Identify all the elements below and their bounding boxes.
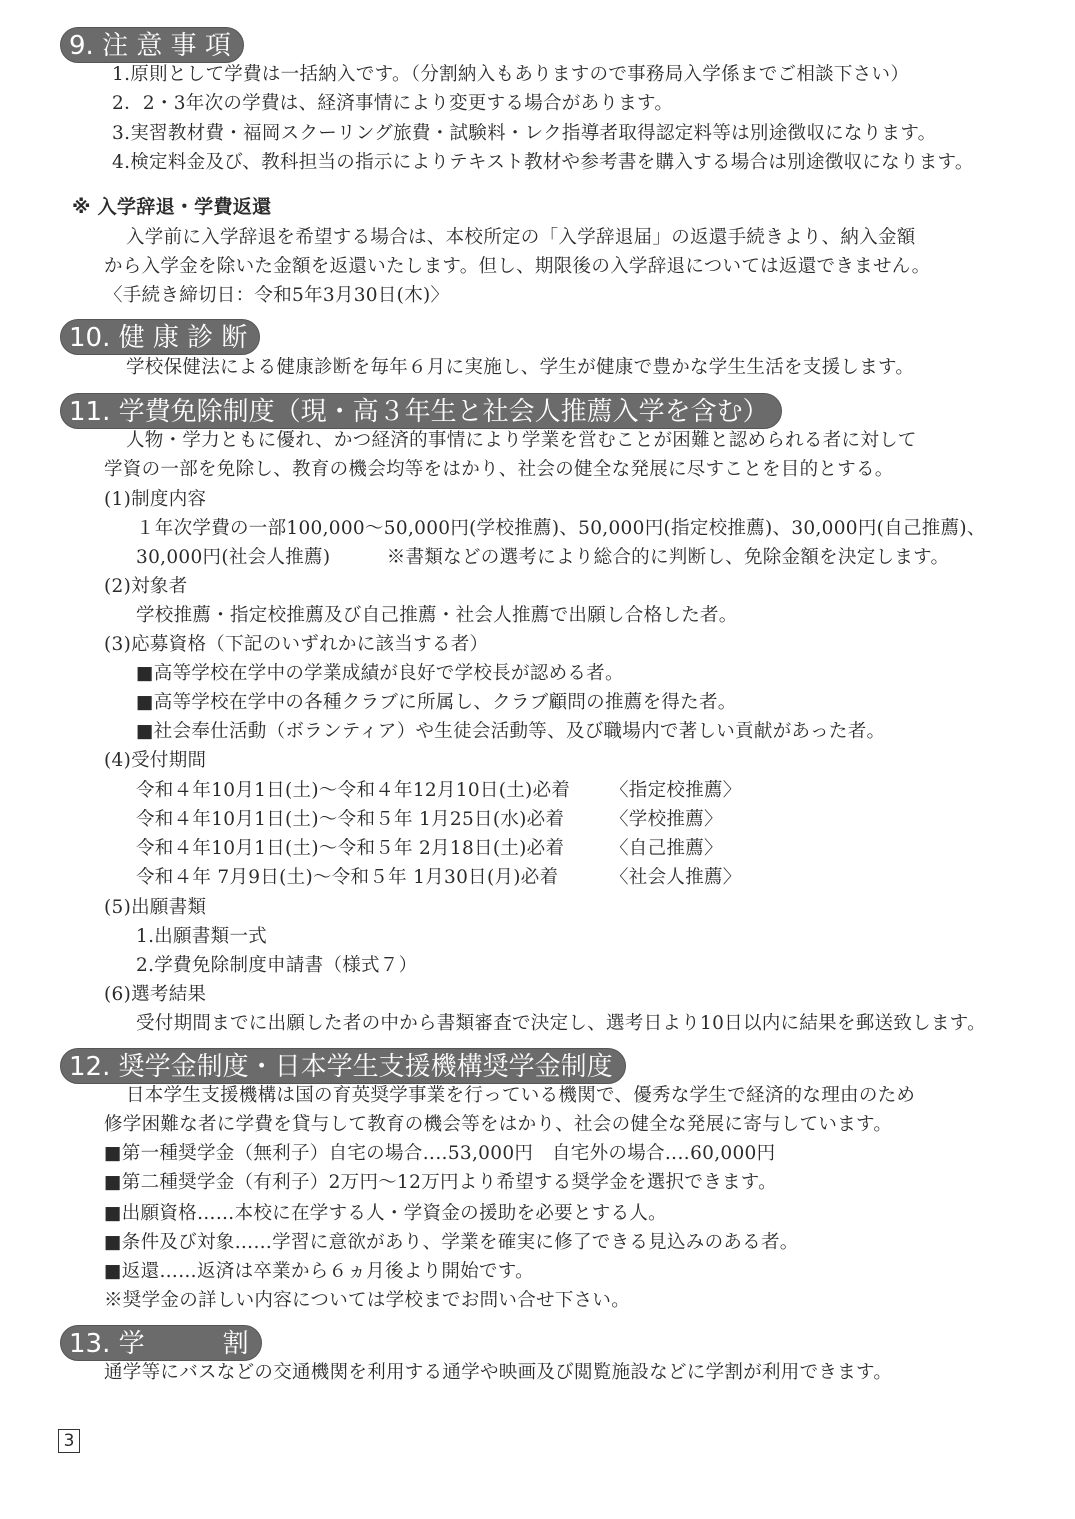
s11-sub4-label: (4)受付期間: [104, 748, 206, 774]
s11-sub6-label: (6)選考結果: [104, 982, 206, 1008]
s9-item-2: 2．2・3年次の学費は、経済事情により変更する場合があります。: [112, 91, 673, 117]
s11-period-2-range: 令和４年10月1日(土)～令和５年 1月25日(水)必着: [136, 807, 564, 833]
s12-note: ※奨学金の詳しい内容については学校までお問い合せ下さい。: [104, 1288, 630, 1314]
section-12-heading: 12. 奨学金制度・日本学生支援機構奨学金制度: [60, 1048, 626, 1084]
s11-sub5-item-1: 1.出願書類一式: [136, 924, 267, 950]
s11-sub1-label: (1)制度内容: [104, 487, 206, 513]
s11-sub3-item-3: ■社会奉仕活動（ボランティア）や生徒会活動等、及び職場内で著しい貢献があった者。: [136, 719, 885, 745]
s11-sub5-label: (5)出願書類: [104, 895, 206, 921]
s9-item-1: 1.原則として学費は一括納入です。（分割納入もありますので事務局入学係までご相談…: [112, 62, 909, 88]
page-number: 3: [58, 1429, 80, 1453]
s11-sub1-line-1: １年次学費の一部100,000～50,000円(学校推薦)、50,000円(指定…: [136, 516, 986, 542]
s11-intro-2: 学資の一部を免除し、教育の機会均等をはかり、社会の健全な発展に尽すことを目的とす…: [104, 457, 894, 483]
s11-sub3-item-1: ■高等学校在学中の学業成績が良好で学校長が認める者。: [136, 661, 624, 687]
s11-sub2-label: (2)対象者: [104, 574, 188, 600]
s11-period-1-type: 〈指定校推薦〉: [610, 778, 742, 804]
section-10-heading: 10. 健 康 診 断: [60, 319, 260, 355]
s12-intro-2: 修学困難な者に学費を貸与して教育の機会等をはかり、社会の健全な発展に寄与していま…: [104, 1112, 892, 1138]
s12-item-5: ■返還……返済は卒業から６ヵ月後より開始です。: [104, 1259, 534, 1285]
s11-sub3-item-2: ■高等学校在学中の各種クラブに所属し、クラブ顧問の推薦を得た者。: [136, 690, 737, 716]
section-11-heading: 11. 学費免除制度（現・高３年生と社会人推薦入学を含む）: [60, 393, 782, 429]
s12-item-1: ■第一種奨学金（無利子）自宅の場合‥‥53,000円 自宅外の場合‥‥60,00…: [104, 1141, 775, 1167]
withdrawal-line-1: 入学前に入学辞退を希望する場合は、本校所定の「入学辞退届」の返還手続きより、納入…: [126, 225, 916, 251]
s10-text: 学校保健法による健康診断を毎年６月に実施し、学生が健康で豊かな学生生活を支援しま…: [126, 355, 914, 381]
s11-sub2-text: 学校推薦・指定校推薦及び自己推薦・社会人推薦で出願し合格した者。: [136, 603, 738, 629]
s11-period-2-type: 〈学校推薦〉: [610, 807, 723, 833]
s12-item-3: ■出願資格……本校に在学する人・学資金の援助を必要とする人。: [104, 1201, 667, 1227]
s11-sub3-label: (3)応募資格（下記のいずれかに該当する者）: [104, 632, 488, 658]
s11-period-4-range: 令和４年 7月9日(土)～令和５年 1月30日(月)必着: [136, 865, 558, 891]
s11-period-3-type: 〈自己推薦〉: [610, 836, 723, 862]
withdrawal-deadline: 〈手続き締切日：令和5年3月30日(木)〉: [104, 283, 449, 309]
s13-text: 通学等にバスなどの交通機関を利用する通学や映画及び閲覧施設などに学割が利用できま…: [104, 1360, 892, 1386]
section-13-heading: 13. 学 割: [60, 1325, 262, 1361]
s12-item-2: ■第二種奨学金（有利子）2万円～12万円より希望する奨学金を選択できます。: [104, 1170, 777, 1196]
s11-sub1-line-2: 30,000円(社会人推薦) ※書類などの選考により総合的に判断し、免除金額を決…: [136, 545, 949, 571]
withdrawal-heading: ※ 入学辞退・学費返還: [72, 194, 271, 220]
s9-item-4: 4.検定料金及び、教科担当の指示によりテキスト教材や参考書を購入する場合は別途徴…: [112, 150, 974, 176]
s11-period-1-range: 令和４年10月1日(土)～令和４年12月10日(土)必着: [136, 778, 570, 804]
s11-period-4-type: 〈社会人推薦〉: [610, 865, 742, 891]
s12-intro-1: 日本学生支援機構は国の育英奨学事業を行っている機関で、優秀な学生で経済的な理由の…: [126, 1083, 915, 1109]
document-page: 9. 注 意 事 項 1.原則として学費は一括納入です。（分割納入もありますので…: [0, 0, 1075, 1519]
s11-sub5-item-2: 2.学費免除制度申請書（様式７）: [136, 953, 417, 979]
s11-sub6-text: 受付期間までに出願した者の中から書類審査で決定し、選考日より10日以内に結果を郵…: [136, 1011, 986, 1037]
s11-period-3-range: 令和４年10月1日(土)～令和５年 2月18日(土)必着: [136, 836, 564, 862]
section-9-heading: 9. 注 意 事 項: [60, 27, 244, 63]
withdrawal-line-2: から入学金を除いた金額を返還いたします。但し、期限後の入学辞退については返還でき…: [104, 254, 930, 280]
s9-item-3: 3.実習教材費・福岡スクーリング旅費・試験料・レク指導者取得認定料等は別途徴収に…: [112, 121, 936, 147]
s12-item-4: ■条件及び対象……学習に意欲があり、学業を確実に修了できる見込みのある者。: [104, 1230, 799, 1256]
s11-intro-1: 人物・学力ともに優れ、かつ経済的事情により学業を営むことが困難と認められる者に対…: [126, 428, 917, 454]
